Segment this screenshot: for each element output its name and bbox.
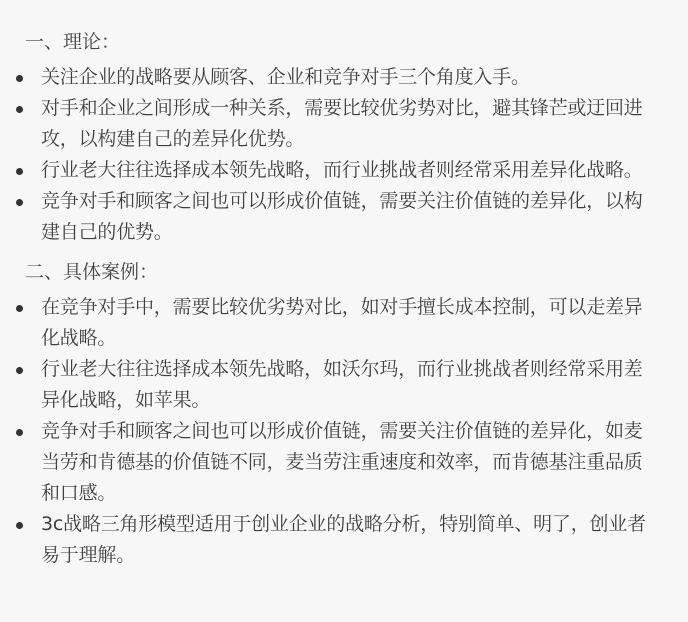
list-item: 在竞争对手中，需要比较优劣势对比，如对手擅长成本控制，可以走差异化战略。 bbox=[0, 292, 688, 354]
bullet-icon bbox=[16, 305, 23, 312]
bullet-icon bbox=[16, 367, 23, 374]
list-item-text: 关注企业的战略要从顾客、企业和竞争对手三个角度入手。 bbox=[41, 66, 530, 88]
list-item-text: 对手和企业之间形成一种关系，需要比较优劣势对比，避其锋芒或迂回进攻，以构建自己的… bbox=[41, 97, 643, 150]
list-item: 3c战略三角形模型适用于创业企业的战略分析，特别简单、明了，创业者易于理解。 bbox=[0, 509, 688, 571]
list-item-text: 在竞争对手中，需要比较优劣势对比，如对手擅长成本控制，可以走差异化战略。 bbox=[41, 296, 643, 349]
bullet-icon bbox=[16, 429, 23, 436]
bullet-icon bbox=[16, 75, 23, 82]
list-item-text: 行业老大往往选择成本领先战略，如沃尔玛，而行业挑战者则经常采用差异化战略，如苹果… bbox=[41, 358, 643, 411]
bullet-icon bbox=[16, 168, 23, 175]
document: 一、理论： 关注企业的战略要从顾客、企业和竞争对手三个角度入手。 对手和企业之间… bbox=[0, 0, 688, 571]
theory-list: 关注企业的战略要从顾客、企业和竞争对手三个角度入手。 对手和企业之间形成一种关系… bbox=[0, 62, 688, 248]
list-item-text: 竞争对手和顾客之间也可以形成价值链，需要关注价值链的差异化，以构建自己的优势。 bbox=[41, 190, 643, 243]
section-heading-cases: 二、具体案例： bbox=[0, 256, 688, 288]
list-item-text: 竞争对手和顾客之间也可以形成价值链，需要关注价值链的差异化，如麦当劳和肯德基的价… bbox=[41, 420, 643, 504]
cases-list: 在竞争对手中，需要比较优劣势对比，如对手擅长成本控制，可以走差异化战略。 行业老… bbox=[0, 292, 688, 571]
list-item-text: 行业老大往往选择成本领先战略，而行业挑战者则经常采用差异化战略。 bbox=[41, 159, 643, 181]
list-item: 竞争对手和顾客之间也可以形成价值链，需要关注价值链的差异化，如麦当劳和肯德基的价… bbox=[0, 416, 688, 509]
bullet-icon bbox=[16, 522, 23, 529]
bullet-icon bbox=[16, 199, 23, 206]
list-item: 行业老大往往选择成本领先战略，如沃尔玛，而行业挑战者则经常采用差异化战略，如苹果… bbox=[0, 354, 688, 416]
list-item: 行业老大往往选择成本领先战略，而行业挑战者则经常采用差异化战略。 bbox=[0, 155, 688, 186]
list-item: 竞争对手和顾客之间也可以形成价值链，需要关注价值链的差异化，以构建自己的优势。 bbox=[0, 186, 688, 248]
list-item-text: 3c战略三角形模型适用于创业企业的战略分析，特别简单、明了，创业者易于理解。 bbox=[41, 513, 646, 566]
list-item: 关注企业的战略要从顾客、企业和竞争对手三个角度入手。 bbox=[0, 62, 688, 93]
bullet-icon bbox=[16, 106, 23, 113]
section-heading-theory: 一、理论： bbox=[0, 26, 688, 58]
list-item: 对手和企业之间形成一种关系，需要比较优劣势对比，避其锋芒或迂回进攻，以构建自己的… bbox=[0, 93, 688, 155]
